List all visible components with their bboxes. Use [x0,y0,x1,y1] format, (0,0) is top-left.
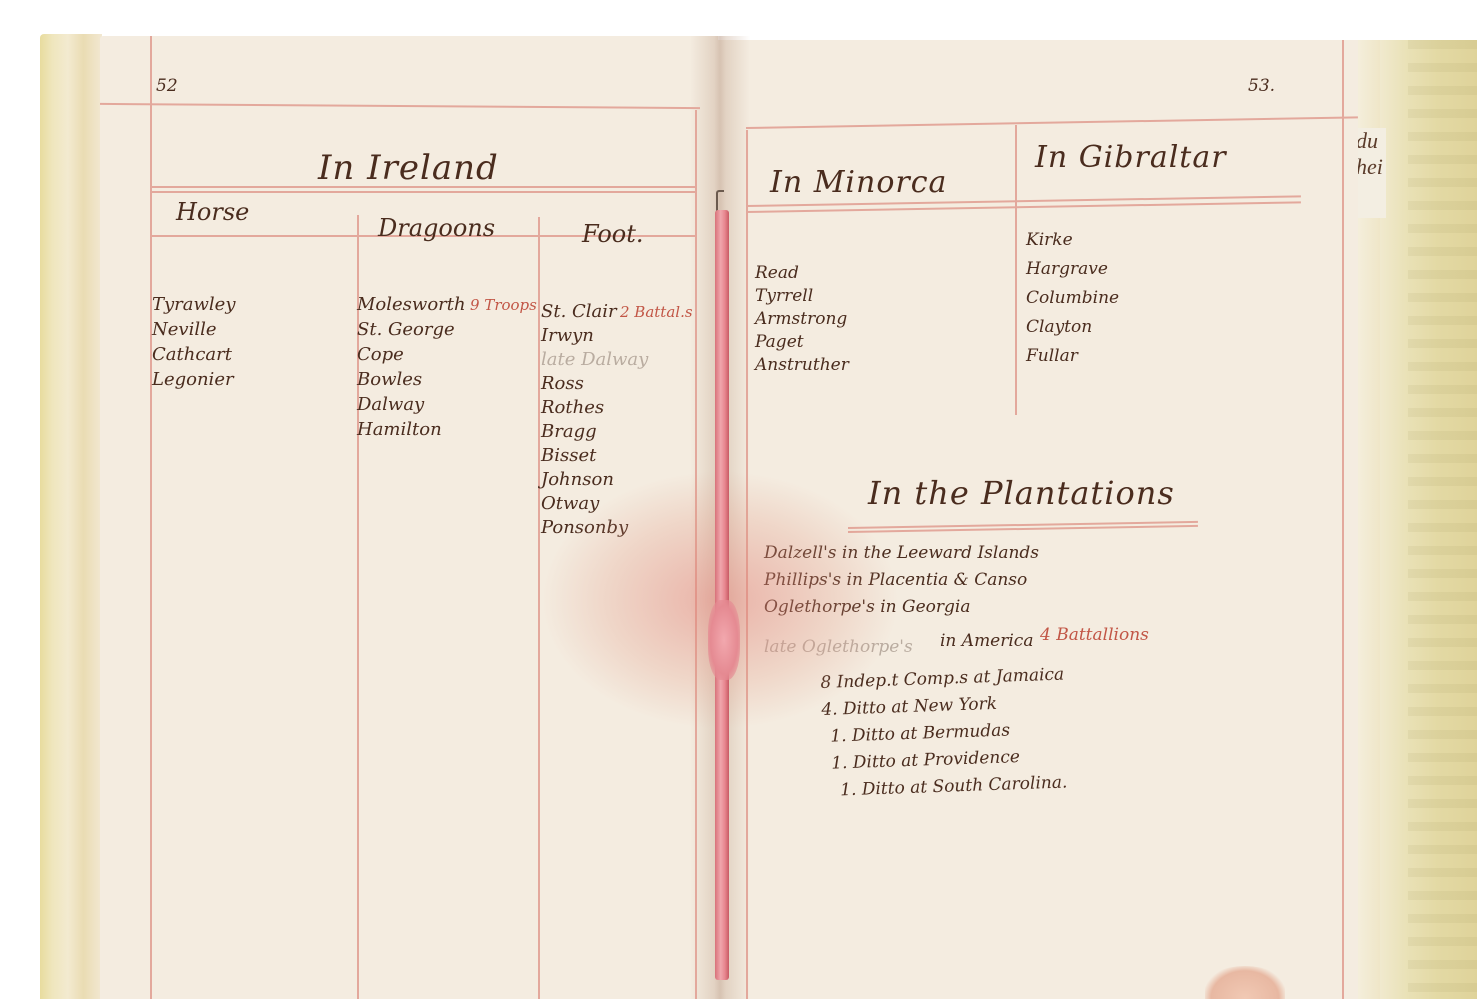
list-item: Bowles [357,367,466,392]
list-item: Hargrave [1026,255,1119,284]
heading-in-gibraltar: In Gibraltar [1035,140,1227,175]
list-item: Legonier [152,367,236,392]
list-item: Neville [152,317,236,342]
next-page-tab: du hei [1356,128,1386,218]
left-page-block-edge [40,34,102,999]
open-manuscript-book: du hei 52 In Ireland Horse Dragoons Foot… [0,0,1477,999]
list-item: Tyrawley [152,292,236,317]
list-item: Irwyn [541,324,648,348]
dragoons-list: Molesworth St. George Cope Bowles Dalway… [357,292,466,442]
list-item: Columbine [1026,284,1119,313]
list-item: Bisset [541,444,648,468]
column-header-dragoons: Dragoons [378,214,495,242]
list-item: Hamilton [357,417,466,442]
list-item: Paget [755,331,849,354]
minorca-gibraltar-divider [1015,125,1017,415]
list-item: Read [755,262,849,285]
heading-in-the-plantations: In the Plantations [868,474,1175,512]
ribbon-knot [708,600,740,680]
vellum-cover [1378,40,1477,999]
list-item: Anstruther [755,354,849,377]
foot-annotation: 2 Battal.s [620,303,693,321]
holding-thumb [1205,966,1285,999]
column-header-horse: Horse [176,198,249,226]
horse-list: Tyrawley Neville Cathcart Legonier [152,292,236,392]
dragoons-annotation: 9 Troops [470,296,537,314]
page-number-right: 53. [1248,76,1275,96]
minorca-list: Read Tyrrell Armstrong Paget Anstruther [755,262,849,377]
list-item: Tyrrell [755,285,849,308]
list-item: Armstrong [755,308,849,331]
list-item: Bragg [541,420,648,444]
list-item: Ross [541,372,648,396]
gibraltar-list: Kirke Hargrave Columbine Clayton Fullar [1026,226,1119,371]
list-item: Kirke [1026,226,1119,255]
column-header-foot: Foot. [582,220,644,248]
america-annotation: 4 Battallions [1040,622,1149,648]
list-item: Rothes [541,396,648,420]
right-outer-rule [1342,40,1344,999]
heading-rule-double [150,191,695,193]
heading-in-minorca: In Minorca [770,165,947,200]
list-item: Cathcart [152,342,236,367]
list-item: Dalway [357,392,466,417]
ribbon-bookmark [715,210,729,980]
list-item: St. George [357,317,466,342]
page-number-left: 52 [156,76,178,96]
america-entry: in America [940,628,1033,654]
list-item: late Dalway [541,348,648,372]
list-item: Clayton [1026,313,1119,342]
margin-rule [150,36,152,999]
heading-in-ireland: In Ireland [318,148,499,188]
list-item: Fullar [1026,342,1119,371]
list-item: Cope [357,342,466,367]
list-item: Molesworth [357,292,466,317]
